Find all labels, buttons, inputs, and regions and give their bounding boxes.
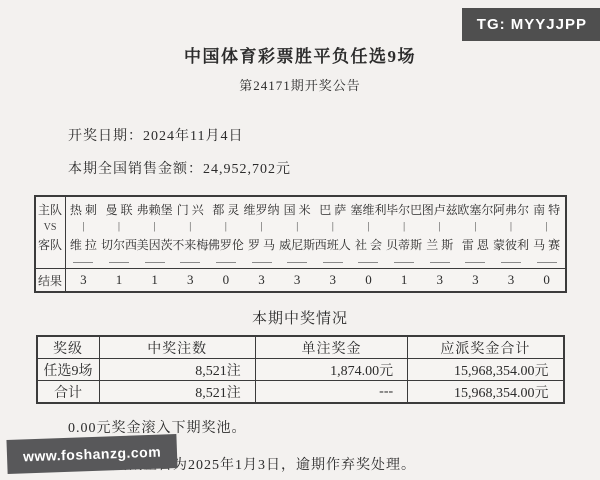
away-team: 威尼斯 (279, 235, 315, 255)
vs-bar: | (118, 220, 120, 235)
draw-date-line: 开奖日期：2024年11月4日 (68, 125, 600, 145)
prize-row-pick9: 任选9场 8,521注 1,874.00元 15,968,354.00元 (37, 359, 564, 381)
announcement-page: TG: MYYJJPP 中国体育彩票胜平负任选9场 第24171期开奖公告 开奖… (0, 0, 600, 480)
match-column: 门 兴|不来梅 (172, 197, 208, 268)
issue-subtitle: 第24171期开奖公告 (0, 75, 600, 94)
away-team: 雷 恩 (462, 235, 489, 255)
away-team: 佛罗伦 (208, 235, 244, 255)
separator-dash (180, 255, 200, 263)
vs-bar: | (225, 220, 227, 235)
match-table-row-labels: 主队 VS 客队 (36, 197, 66, 268)
column-header-single-prize: 单注奖金 (255, 336, 407, 359)
vs-bar: | (367, 220, 369, 235)
home-row-label: 主队 (38, 200, 62, 220)
match-result: 0 (351, 269, 387, 291)
home-team: 图卢兹 (422, 200, 458, 220)
column-header-total-prize: 应派奖金合计 (408, 336, 564, 359)
match-column: 巴 萨|西班人 (315, 197, 351, 268)
home-team: 国 米 (284, 200, 311, 220)
home-team: 都 灵 (212, 200, 239, 220)
match-column: 曼 联|切尔西 (101, 197, 137, 268)
single-prize-amount: 1,874.00元 (255, 359, 407, 381)
match-table-bottom: 结果 31130333013330 (36, 268, 565, 291)
away-team: 兰 斯 (426, 235, 453, 255)
separator-dash (216, 255, 236, 263)
away-team: 蒙彼利 (493, 235, 529, 255)
away-team: 贝蒂斯 (386, 235, 422, 255)
match-result: 3 (279, 269, 315, 291)
vs-bar: | (439, 220, 441, 235)
column-header-level: 奖级 (37, 336, 100, 359)
vs-bar: | (546, 220, 548, 235)
separator-dash (537, 255, 557, 263)
vs-bar: | (260, 220, 262, 235)
tg-channel-badge: TG: MYYJJPP (462, 8, 600, 41)
result-row-label: 结果 (36, 269, 66, 291)
match-column: 国 米|威尼斯 (279, 197, 315, 268)
vs-bar: | (474, 220, 476, 235)
home-team: 阿弗尔 (493, 200, 529, 220)
home-team: 欧塞尔 (457, 200, 493, 220)
match-column: 热 刺|维 拉 (66, 197, 102, 268)
away-team: 美因茨 (137, 235, 173, 255)
prize-section-title: 本期中奖情况 (0, 307, 600, 328)
match-result: 3 (458, 269, 494, 291)
separator-dash (252, 255, 272, 263)
home-team: 曼 联 (105, 200, 132, 220)
match-column: 都 灵|佛罗伦 (208, 197, 244, 268)
separator-dash (501, 255, 521, 263)
separator-dash (465, 255, 485, 263)
match-result: 3 (172, 269, 208, 291)
match-result: 1 (101, 269, 137, 291)
single-prize-amount: --- (255, 381, 407, 404)
match-column: 塞维利|社 会 (351, 197, 387, 268)
separator-dash (287, 255, 307, 263)
home-team: 弗赖堡 (137, 200, 173, 220)
home-team: 南 特 (533, 200, 560, 220)
separator-dash (145, 255, 165, 263)
vs-bar: | (332, 220, 334, 235)
separator-dash (109, 255, 129, 263)
vs-row-label: VS (44, 220, 57, 235)
rollover-note: 0.00元奖金滚入下期奖池。 (68, 417, 600, 437)
match-result: 3 (244, 269, 280, 291)
match-columns: 热 刺|维 拉曼 联|切尔西弗赖堡|美因茨门 兴|不来梅都 灵|佛罗伦维罗纳|罗… (66, 197, 565, 268)
separator-dash (394, 255, 414, 263)
match-result: 0 (208, 269, 244, 291)
match-result: 3 (422, 269, 458, 291)
vs-bar: | (296, 220, 298, 235)
vs-bar: | (154, 220, 156, 235)
separator-dash (430, 255, 450, 263)
match-results: 31130333013330 (66, 269, 565, 291)
away-team: 维 拉 (70, 235, 97, 255)
prize-level: 任选9场 (37, 359, 100, 381)
total-prize-amount: 15,968,354.00元 (408, 359, 564, 381)
vs-bar: | (403, 220, 405, 235)
away-team: 罗 马 (248, 235, 275, 255)
separator-dash (73, 255, 93, 263)
vs-bar: | (189, 220, 191, 235)
away-team: 切尔西 (101, 235, 137, 255)
match-result: 3 (493, 269, 529, 291)
separator-dash (323, 255, 343, 263)
match-column: 南 特|马 赛 (529, 197, 565, 268)
sales-amount-line: 本期全国销售金额：24,952,702元 (68, 158, 600, 178)
match-column: 欧塞尔|雷 恩 (458, 197, 494, 268)
away-row-label: 客队 (38, 235, 62, 255)
home-team: 毕尔巴 (386, 200, 422, 220)
home-team: 维罗纳 (244, 200, 280, 220)
home-team: 门 兴 (177, 200, 204, 220)
vs-bar: | (82, 220, 84, 235)
match-result: 0 (529, 269, 565, 291)
prize-row-total: 合计 8,521注 --- 15,968,354.00元 (37, 381, 564, 404)
match-result: 3 (315, 269, 351, 291)
match-column: 图卢兹|兰 斯 (422, 197, 458, 268)
away-team: 社 会 (355, 235, 382, 255)
match-column: 维罗纳|罗 马 (244, 197, 280, 268)
match-table-top: 主队 VS 客队 热 刺|维 拉曼 联|切尔西弗赖堡|美因茨门 兴|不来梅都 灵… (36, 197, 565, 268)
prize-level: 合计 (37, 381, 100, 404)
total-prize-amount: 15,968,354.00元 (408, 381, 564, 404)
winning-bets-count: 8,521注 (99, 359, 255, 381)
away-team: 不来梅 (172, 235, 208, 255)
site-watermark: www.foshanzg.com (6, 434, 177, 474)
column-header-count: 中奖注数 (99, 336, 255, 359)
prize-table: 奖级 中奖注数 单注奖金 应派奖金合计 任选9场 8,521注 1,874.00… (36, 335, 565, 404)
home-team: 巴 萨 (319, 200, 346, 220)
prize-table-header-row: 奖级 中奖注数 单注奖金 应派奖金合计 (37, 336, 564, 359)
match-result: 1 (386, 269, 422, 291)
home-team: 热 刺 (70, 200, 97, 220)
match-column: 毕尔巴|贝蒂斯 (386, 197, 422, 268)
match-result: 3 (66, 269, 102, 291)
separator-dash (358, 255, 378, 263)
winning-bets-count: 8,521注 (99, 381, 255, 404)
match-column: 阿弗尔|蒙彼利 (493, 197, 529, 268)
away-team: 马 赛 (533, 235, 560, 255)
match-column: 弗赖堡|美因茨 (137, 197, 173, 268)
match-results-table: 主队 VS 客队 热 刺|维 拉曼 联|切尔西弗赖堡|美因茨门 兴|不来梅都 灵… (34, 195, 567, 293)
match-result: 1 (137, 269, 173, 291)
away-team: 西班人 (315, 235, 351, 255)
vs-bar: | (510, 220, 512, 235)
home-team: 塞维利 (350, 200, 386, 220)
